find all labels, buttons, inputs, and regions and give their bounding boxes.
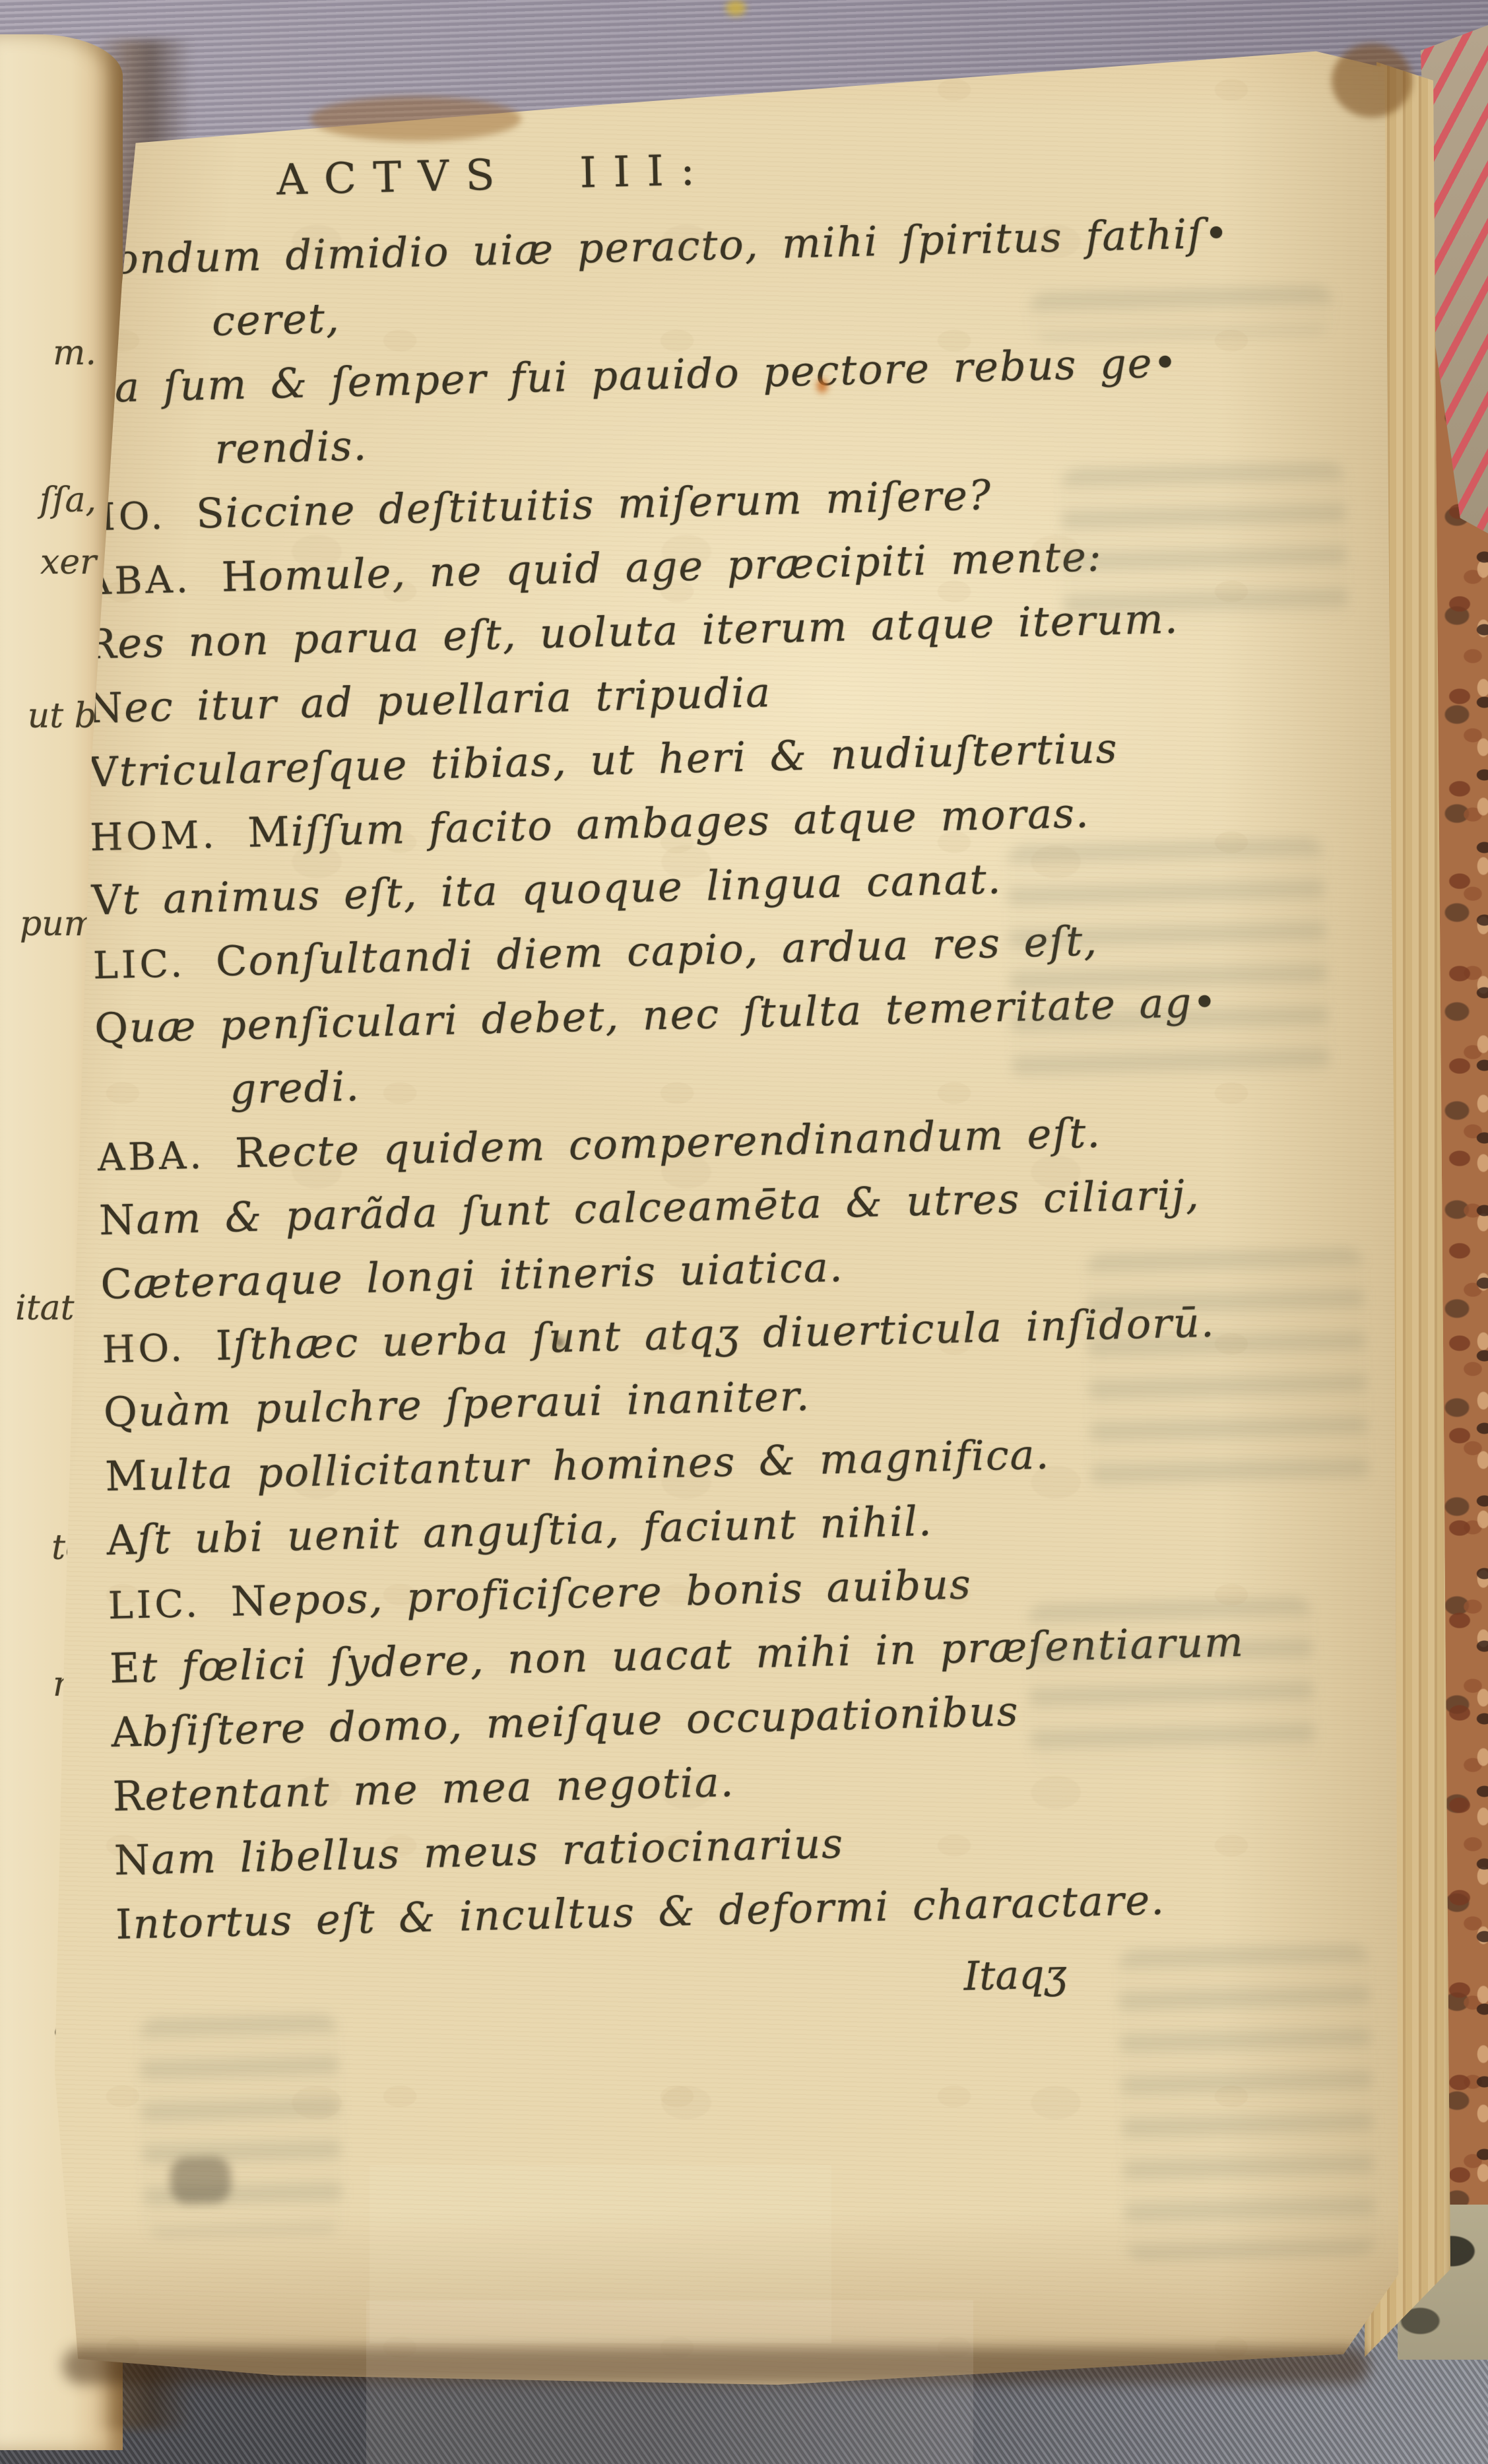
- lead-capital: N: [230, 1576, 269, 1625]
- lead-capital: H: [221, 552, 259, 601]
- verse-lines: Nondum dimidio uiæ peracto, mihi ſpiritu…: [68, 205, 1418, 1964]
- lead-capital: I: [215, 1321, 234, 1370]
- act-heading: ACTVS III:: [276, 130, 1376, 205]
- cut-off-text-fragment: m.: [53, 333, 96, 373]
- lead-capital: N: [113, 1836, 152, 1884]
- verse-text: Nondum dimidio uiæ peracto, mihi ſpiritu…: [76, 209, 1230, 284]
- lead-capital: A: [106, 1515, 138, 1564]
- printed-text-block: ACTVS III: Nondum dimidio uiæ peracto, m…: [66, 121, 1419, 2020]
- cut-off-text-fragment: pum: [20, 904, 96, 944]
- lead-capital: S: [195, 488, 226, 537]
- lead-capital: Q: [94, 1003, 130, 1052]
- lead-capital: R: [234, 1128, 267, 1177]
- lead-capital: C: [100, 1259, 134, 1308]
- lead-capital: Q: [103, 1387, 139, 1436]
- cut-off-text-fragment: xer: [40, 543, 96, 582]
- lead-capital: V: [91, 875, 123, 924]
- book-photo: m.ſſa,xerut bpumitatuto.miad ACTVS III: …: [0, 0, 1488, 2464]
- lead-capital: V: [88, 747, 119, 796]
- lead-capital: N: [98, 1195, 137, 1244]
- lead-capital: E: [109, 1644, 141, 1692]
- verse-text: ceret,: [211, 294, 340, 345]
- lead-capital: R: [112, 1772, 145, 1820]
- cut-off-text-fragment: ut b: [28, 696, 96, 736]
- lead-capital: M: [247, 807, 291, 857]
- speaker-label: ABA.: [97, 1133, 205, 1180]
- cut-off-text-fragment: ſſa,: [40, 481, 96, 520]
- book-page: ACTVS III: Nondum dimidio uiæ peracto, m…: [40, 40, 1412, 2389]
- speaker-label: HOM.: [90, 813, 218, 860]
- verse-text: rendis.: [214, 421, 368, 473]
- verse-text: gredi.: [230, 1062, 361, 1114]
- catchword: Itaqʒ: [963, 1943, 1419, 1999]
- lead-capital: A: [111, 1708, 143, 1756]
- speaker-label: LIC.: [108, 1582, 201, 1628]
- lead-capital: M: [104, 1451, 148, 1501]
- lead-capital: C: [215, 937, 249, 985]
- lead-capital: I: [115, 1900, 133, 1948]
- speaker-label: LIC.: [92, 942, 186, 987]
- page-cast-shadow: [63, 2347, 1369, 2384]
- speaker-label: HO.: [102, 1326, 186, 1372]
